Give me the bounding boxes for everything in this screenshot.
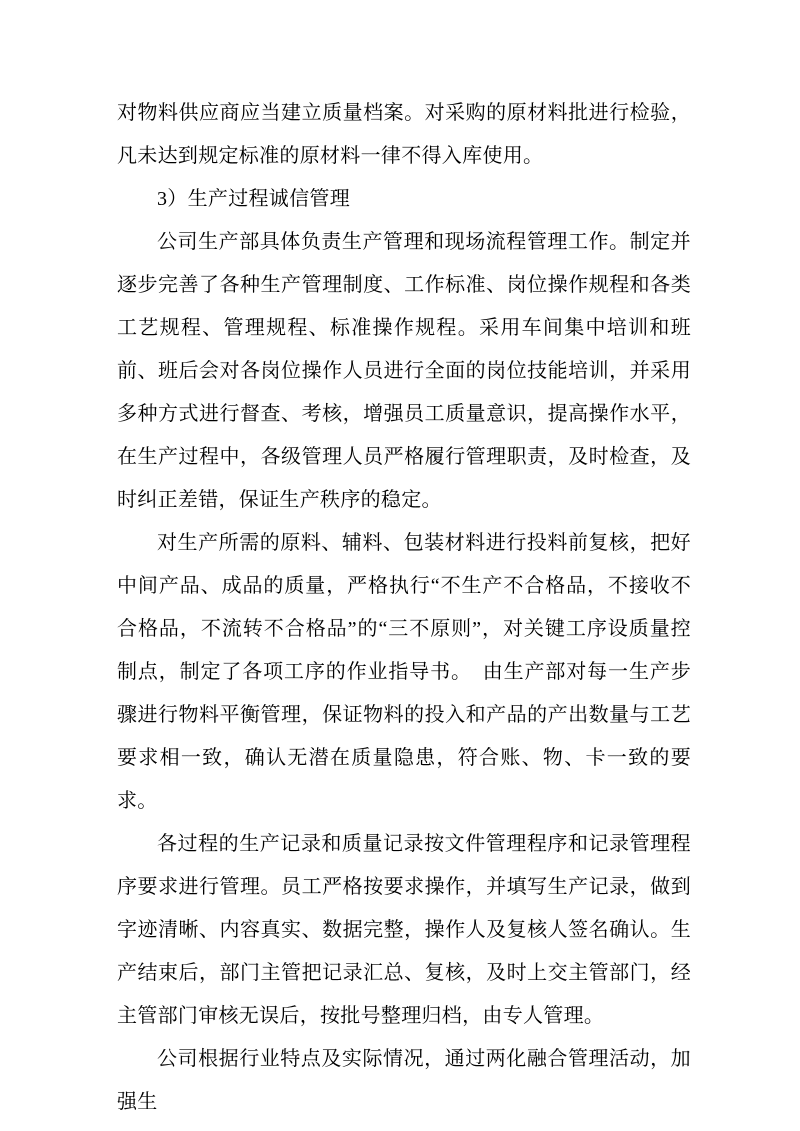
document-page: 对物料供应商应当建立质量档案。对采购的原材料批进行检验，凡未达到规定标准的原材料… [0, 0, 800, 1131]
paragraph-material-recheck-three-principles: 对生产所需的原料、辅料、包装材料进行投料前复核，把好中间产品、成品的质量，严格执… [117, 522, 691, 823]
document-body: 对物料供应商应当建立质量档案。对采购的原材料批进行检验，凡未达到规定标准的原材料… [117, 92, 691, 1124]
paragraph-production-records-management: 各过程的生产记录和质量记录按文件管理程序和记录管理程序要求进行管理。员工严格按要… [117, 823, 691, 1038]
paragraph-production-department-management: 公司生产部具体负责生产管理和现场流程管理工作。制定并逐步完善了各种生产管理制度、… [117, 221, 691, 522]
paragraph-supplier-quality-archive: 对物料供应商应当建立质量档案。对采购的原材料批进行检验，凡未达到规定标准的原材料… [117, 92, 691, 178]
section-heading-production-process-integrity: 3）生产过程诚信管理 [117, 178, 691, 221]
paragraph-two-modernizations-integration: 公司根据行业特点及实际情况，通过两化融合管理活动，加强生 [117, 1038, 691, 1124]
